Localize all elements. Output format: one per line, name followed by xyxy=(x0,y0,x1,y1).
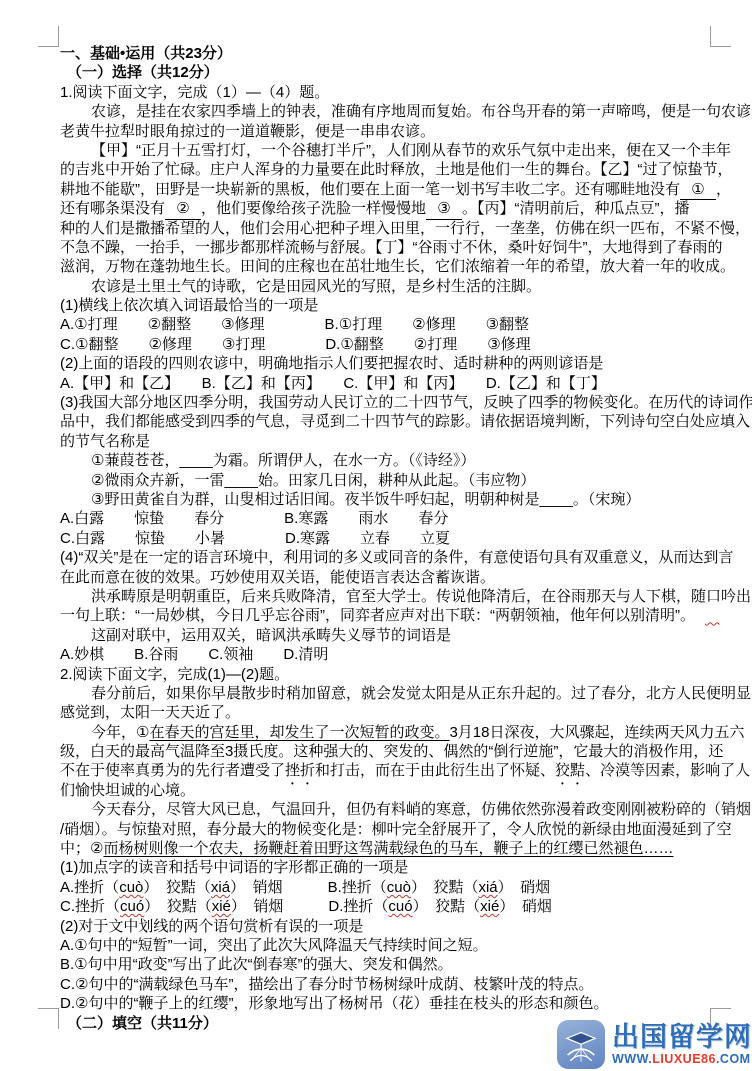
logo-text: 出国留学网 WWW.LIUXUE86.COM xyxy=(612,1024,752,1066)
text-segment: 。【丙】“清明前后，种瓜点豆”，播 xyxy=(462,200,690,217)
underlined-sentence: 在春天的宫廷里，却发生了一次短暂的政变。 xyxy=(149,724,449,741)
passage-line: 种的人们是撒播希望的人，他们会用心把种子埋入田里，一行行，一垄垄，仿佛在织一匹布… xyxy=(60,219,708,238)
pinyin-spellcheck: xié xyxy=(480,898,499,915)
text-segment: 1.阅读下面文字，完成（1）—（4）题。 xyxy=(60,84,329,101)
text-segment: 的节气名称是 xyxy=(60,433,150,450)
exam-paper-text: 一、基础•运用（共23分）（一）选择（共12分）1.阅读下面文字，完成（1）—（… xyxy=(60,44,708,1033)
passage-line: 不在于使率真勇为的先行者遭受了挫折和打击，而在于由此衍生出了怀疑、狡黠、冷漠等因… xyxy=(60,761,708,780)
logo-url-main: LIUXUE86 xyxy=(652,1052,716,1066)
passage-line: 老黄牛拉犁时眼角掠过的一道道鞭影，便是一串串农谚。 xyxy=(60,122,708,141)
text-segment: ，他们要像给孩子洗脸一样慢慢地 xyxy=(201,200,426,217)
text-segment: ） 狡黠（ xyxy=(411,879,479,896)
text-segment: 一、基础•运用（共23分） xyxy=(60,45,232,62)
question-stem: 在此而意在彼的效果。巧妙使用双关语，能使语言表达含蓄诙谐。 xyxy=(60,568,708,587)
text-segment: 不急不躁，一抬手，一挪步都那样流畅与舒展。【丁】“谷雨寸不休，桑叶好饲牛”，大地… xyxy=(60,239,723,256)
passage-line: 还有哪条渠没有②，他们要像给孩子洗脸一样慢慢地③。【丙】“清明前后，种瓜点豆”，… xyxy=(60,199,708,218)
text-segment: 级，白天的最高气温降至3摄氏度。这种强大的、突发的、偶然的“倒行逆施”，它最大的… xyxy=(60,743,723,760)
text-segment: A.挫折（ xyxy=(60,879,119,896)
text-segment: ） 硝烟 xyxy=(498,879,551,896)
text-segment: (1)横线上依次填入词语最恰当的一项是 xyxy=(60,297,318,314)
text-segment: (2)对于文中划线的两个语句赏析 xyxy=(60,918,273,935)
passage-line: 一句上联：“一局妙棋，今日几乎忘谷雨”，同弈者应声对出下联：“两朝领袖，他年何以… xyxy=(60,606,708,625)
question-1-intro: 1.阅读下面文字，完成（1）—（4）题。 xyxy=(60,83,708,102)
text-segment: ） 狡黠（ xyxy=(144,898,212,915)
poem-line: ①蒹葭苍苍，____为霜。所谓伊人，在水一方。（《诗经》） xyxy=(60,451,708,470)
option-row: B.①句中用“政变”写出了此次“倒春寒”的强大、突发和偶然。 xyxy=(60,955,708,974)
option-row: A.挫折（cuò） 狡黠（xiá） 销烟 B.挫折（cuò） 狡黠（xiá） 硝… xyxy=(60,878,708,897)
option-row: C.②句中的“满载绿色马车”，描绘出了春分时节杨树绿叶成荫、枝繁叶茂的特点。 xyxy=(60,975,708,994)
text-segment: ） 硝烟 xyxy=(499,898,552,915)
option-row: A.①打理 ②翻整 ③修理 B.①打理 ②修理 ③翻整 xyxy=(60,315,708,334)
pinyin-spellcheck: xié xyxy=(212,898,231,915)
logo-url-tld: .COM xyxy=(716,1052,751,1066)
question-stem: (1)横线上依次填入词语最恰当的一项是 xyxy=(60,296,708,315)
logo-url: WWW.LIUXUE86.COM xyxy=(612,1053,751,1066)
passage-line: 农谚是土里土气的诗歌，它是田园风光的写照，是乡村生活的注脚。 xyxy=(60,277,708,296)
text-boundary-corner-top-left xyxy=(38,26,59,47)
poem-line: ③野田黄雀自为群，山叟相过话旧闻。夜半饭牛呼妇起，明朝种树是____。（宋琬） xyxy=(60,490,708,509)
passage-line: 今年，①在春天的宫廷里，却发生了一次短暂的政变。3月18日深夜，大风骤起，连续两… xyxy=(60,723,708,742)
text-segment: ， xyxy=(716,181,731,198)
passage-line: 中；②而杨树则像一个农夫，扬鞭赶着田野这驾满载绿色的马车，鞭子上的红缨已然褪色…… xyxy=(60,839,708,858)
text-segment: B.①句中用“政变”写出了此次“倒春寒”的强大、突发和偶然。 xyxy=(60,956,453,973)
document-page: 一、基础•运用（共23分）（一）选择（共12分）1.阅读下面文字，完成（1）—（… xyxy=(0,0,752,1071)
text-segment: A.【甲】和【乙】 B.【乙】和【丙】 C.【甲】和【丙】 D.【乙】和【丁】 xyxy=(60,375,606,392)
text-segment: ） 销烟 D.挫折（ xyxy=(231,898,389,915)
text-segment: 感觉到，太阳一天天近了。 xyxy=(60,704,240,721)
option-row: A.【甲】和【乙】 B.【乙】和【丙】 C.【甲】和【丙】 D.【乙】和【丁】 xyxy=(60,374,708,393)
option-row: A.白露 惊蛰 春分 B.寒露 雨水 春分 xyxy=(60,509,708,528)
emphasized-word: 有误 xyxy=(273,918,303,935)
text-segment: 耕地不能歇”，田野是一块崭新的黑板，他们要在上面一笔一划书写丰收二字。还有哪畦地… xyxy=(60,181,680,198)
text-segment: (3)我国大部分地区四季分明，我国劳动人民订立的二十四节气，反映了四季的物候变化… xyxy=(60,394,752,411)
text-segment: A.①句中的“短暂”一词，突出了此次大风降温天气持续时间之短。 xyxy=(60,937,488,954)
text-segment: 滋润，万物在蓬勃地生长。田间的庄稼也在茁壮地生长，它们浓缩着一年的希望，放大着一… xyxy=(60,258,735,275)
option-row: C.挫折（cuó） 狡黠（xié） 销烟 D.挫折（cuó） 狡黠（xié） 硝… xyxy=(60,897,708,916)
pinyin-spellcheck: cuò xyxy=(119,879,143,896)
text-segment: 老黄牛拉犁时眼角掠过的一道道鞭影，便是一串串农谚。 xyxy=(60,123,435,140)
text-segment: C.②句中的“满载绿色马车”，描绘出了春分时节杨树绿叶成荫、枝繁叶茂的特点。 xyxy=(60,976,593,993)
text-segment: ①蒹葭苍苍，____为霜。所谓伊人，在水一方。（《诗经》） xyxy=(91,452,475,469)
graduation-cap-icon xyxy=(557,1020,605,1069)
fill-in-blank: ② xyxy=(165,199,201,219)
passage-line: 级，白天的最高气温降至3摄氏度。这种强大的、突发的、偶然的“倒行逆施”，它最大的… xyxy=(60,742,708,761)
text-segment: 2.阅读下面文字，完成(1)—(2)题。 xyxy=(60,666,289,683)
passage-line: 【甲】“正月十五雪打灯，一个谷穗打半斤”，人们刚从春节的欢乐气氛中走出来，便在又… xyxy=(60,141,708,160)
poem-line: ②微雨众卉新，一雷____始。田家几日闲，耕种从此起。（韦应物） xyxy=(60,471,708,490)
text-segment: 、冷漠等因素，影响了人 xyxy=(585,762,750,779)
text-segment: (4)“双关”是在一定的语言环境中，利用词的多义或同音的条件，有意使语句具有双重… xyxy=(60,549,733,566)
text-segment: 的吉兆中开始了忙碌。庄户人浑身的力量要在此时释放，土地是他们一生的舞台。【乙】“… xyxy=(60,161,733,178)
text-segment: 和打击，而在于由此衍生出了怀疑、 xyxy=(315,762,555,779)
text-segment: 春分前后，如果你早晨散步时稍加留意，就会发觉太阳是从正东升起的。过了春分，北方人… xyxy=(91,685,751,702)
question-stem: (1)加点字的读音和括号中词语的字形都正确的一项是 xyxy=(60,858,708,877)
logo-site-name: 出国留学网 xyxy=(612,1024,752,1051)
text-segment: 中；② xyxy=(60,840,103,857)
text-segment: 一句上联：“一局妙棋，今日几乎忘谷雨”，同弈者应声对出下联：“两朝领袖，他年何以… xyxy=(60,607,695,624)
pinyin-spellcheck: cuó xyxy=(388,898,412,915)
text-segment: C.挫折（ xyxy=(60,898,120,915)
text-segment: ） 狡黠（ xyxy=(413,898,481,915)
text-segment: ） 狡黠（ xyxy=(143,879,211,896)
fill-in-blank: ① xyxy=(680,180,716,200)
fill-in-blank: ③ xyxy=(426,199,462,219)
text-segment: （一）选择（共12分） xyxy=(67,64,219,81)
passage-line: 不急不躁，一抬手，一挪步都那样流畅与舒展。【丁】“谷雨寸不休，桑叶好饲牛”，大地… xyxy=(60,238,708,257)
text-segment: D.②句中的“鞭子上的红缨”，形象地写出了杨树吊（花）垂挂在枝头的形态和颜色。 xyxy=(60,995,608,1012)
question-stem: (3)我国大部分地区四季分明，我国劳动人民订立的二十四节气，反映了四季的物候变化… xyxy=(60,393,708,412)
question-stem: (4)“双关”是在一定的语言环境中，利用词的多义或同音的条件，有意使语句具有双重… xyxy=(60,548,708,567)
passage-line: 感觉到，太阳一天天近了。 xyxy=(60,703,708,722)
text-segment: ②微雨众卉新，一雷____始。田家几日闲，耕种从此起。（韦应物） xyxy=(91,472,535,489)
emphasized-word: 狡黠 xyxy=(555,762,585,779)
pinyin-spellcheck: cuò xyxy=(387,879,411,896)
text-segment: 今年，① xyxy=(91,724,149,741)
text-segment: ③野田黄雀自为群，山叟相过话旧闻。夜半饭牛呼妇起，明朝种树是____。（宋琬） xyxy=(91,491,640,508)
question-stem: (2)对于文中划线的两个语句赏析有误的一项是 xyxy=(60,917,708,936)
text-segment: ） 销烟 B.挫折（ xyxy=(230,879,387,896)
text-segment: (2)上面的语段的四则农谚中，明确地指示人们要把握农时、适时耕种的两则谚语是 xyxy=(60,355,603,372)
pinyin-spellcheck: xiá xyxy=(211,879,230,896)
text-boundary-corner-bottom-left xyxy=(38,1008,59,1029)
logo-url-www: WWW. xyxy=(612,1052,652,1066)
text-segment: A.白露 惊蛰 春分 B.寒露 雨水 春分 xyxy=(60,510,448,527)
pinyin-spellcheck: xiá xyxy=(478,879,497,896)
passage-line: 今天春分，尽管大风已息，气温回升，但仍有料峭的寒意，仿佛依然弥漫着政变刚刚被粉碎… xyxy=(60,800,708,819)
text-segment: 农谚，是挂在农家四季墙上的钟表，准确有序地周而复始。布谷鸟开春的第一声啼鸣，便是… xyxy=(91,103,752,120)
question-stem: (2)上面的语段的四则农谚中，明确地指示人们要把握农时、适时耕种的两则谚语是 xyxy=(60,354,708,373)
text-segment: 这副对联中，运用双关，暗讽洪承畴失义辱节的词语是 xyxy=(91,627,451,644)
text-segment: 品中，我们都能感受到四季的气息，寻觅到二十四节气的踪影。请依据语境判断，下列诗句… xyxy=(60,413,750,430)
question-stem: 品中，我们都能感受到四季的气息，寻觅到二十四节气的踪影。请依据语境判断，下列诗句… xyxy=(60,412,708,431)
option-row: D.②句中的“鞭子上的红缨”，形象地写出了杨树吊（花）垂挂在枝头的形态和颜色。 xyxy=(60,994,708,1013)
passage-line: 滋润，万物在蓬勃地生长。田间的庄稼也在茁壮地生长，它们浓缩着一年的希望，放大着一… xyxy=(60,257,708,276)
text-segment: 种的人们是撒播希望的人，他们会用心把种子埋入田里，一行行，一垄垄，仿佛在织一匹布… xyxy=(60,220,750,237)
text-segment: 还有哪条渠没有 xyxy=(60,200,165,217)
text-segment: 的一项是 xyxy=(303,918,363,935)
question-stem: 的节气名称是 xyxy=(60,432,708,451)
option-row: A.①句中的“短暂”一词，突出了此次大风降温天气持续时间之短。 xyxy=(60,936,708,955)
question-stem: 这副对联中，运用双关，暗讽洪承畴失义辱节的词语是 xyxy=(60,626,708,645)
passage-line: 们愉快坦诚的心境。 xyxy=(60,781,708,800)
text-segment: 洪承畴原是明朝重臣，后来兵败降清，官至大学士。传说他降清后，在谷雨那天与人下棋，… xyxy=(91,588,751,605)
text-segment: 农谚是土里土气的诗歌，它是田园风光的写照，是乡村生活的注脚。 xyxy=(91,278,541,295)
pinyin-spellcheck: cuó xyxy=(120,898,144,915)
text-boundary-corner-top-right xyxy=(710,26,731,47)
text-segment: 不在于使率真勇为的先行者遭受了 xyxy=(60,762,285,779)
text-segment: 在此而意在彼的效果。巧妙使用双关语，能使语言表达含蓄诙谐。 xyxy=(60,569,495,586)
passage-line: /硝烟）。与惊蛰对照，春分最大的物候变化是：柳叶完全舒展开了，令人欣悦的新绿由地… xyxy=(60,820,708,839)
text-segment: /硝烟）。与惊蛰对照，春分最大的物候变化是：柳叶完全舒展开了，令人欣悦的新绿由地… xyxy=(60,821,732,838)
passage-line: 洪承畴原是明朝重臣，后来兵败降清，官至大学士。传说他降清后，在谷雨那天与人下棋，… xyxy=(60,587,708,606)
red-squiggle-mark: ww xyxy=(705,612,719,623)
text-segment: C.①翻整 ②修理 ③打理 D.①翻整 ②打理 ③修理 xyxy=(60,336,531,353)
underlined-sentence: 而杨树则像一个农夫，扬鞭赶着田野这驾满载绿色的马车，鞭子上的红缨已然褪色…… xyxy=(103,840,673,857)
text-segment: A.①打理 ②翻整 ③修理 B.①打理 ②修理 ③翻整 xyxy=(60,316,529,333)
option-row: A.妙棋 B.谷雨 C.领袖 D.清明 xyxy=(60,645,708,664)
text-segment: A.妙棋 B.谷雨 C.领袖 D.清明 xyxy=(60,646,328,663)
text-segment: C.白露 惊蛰 小暑 D.寒露 立春 立夏 xyxy=(60,530,450,547)
text-segment: 【甲】“正月十五雪打灯，一个谷穗打半斤”，人们刚从春节的欢乐气氛中走出来，便在又… xyxy=(91,142,731,159)
text-segment: (1)加点字的读音和括号中词语的字形都正确的一项是 xyxy=(60,859,408,876)
option-row: C.①翻整 ②修理 ③打理 D.①翻整 ②打理 ③修理 xyxy=(60,335,708,354)
text-segment: （二）填空（共11分） xyxy=(67,1015,218,1032)
question-2-intro: 2.阅读下面文字，完成(1)—(2)题。 xyxy=(60,665,708,684)
emphasized-word: 挫折 xyxy=(285,762,315,779)
text-segment: 们愉快坦诚的心境。 xyxy=(60,782,195,799)
passage-line: 耕地不能歇”，田野是一块崭新的黑板，他们要在上面一笔一划书写丰收二字。还有哪畦地… xyxy=(60,180,708,199)
subsection-1-heading: （一）选择（共12分） xyxy=(60,63,708,82)
option-row: C.白露 惊蛰 小暑 D.寒露 立春 立夏 xyxy=(60,529,708,548)
liuxue86-watermark: 出国留学网 WWW.LIUXUE86.COM xyxy=(557,1020,752,1069)
passage-line: 农谚，是挂在农家四季墙上的钟表，准确有序地周而复始。布谷鸟开春的第一声啼鸣，便是… xyxy=(60,102,708,121)
text-segment: 3月18日深夜，大风骤起，连续两天风力五六 xyxy=(449,724,744,741)
text-segment: 今天春分，尽管大风已息，气温回升，但仍有料峭的寒意，仿佛依然弥漫着政变刚刚被粉碎… xyxy=(91,801,751,818)
passage-line: 春分前后，如果你早晨散步时稍加留意，就会发觉太阳是从正东升起的。过了春分，北方人… xyxy=(60,684,708,703)
section-1-heading: 一、基础•运用（共23分） xyxy=(60,44,708,63)
passage-line: 的吉兆中开始了忙碌。庄户人浑身的力量要在此时释放，土地是他们一生的舞台。【乙】“… xyxy=(60,160,708,179)
